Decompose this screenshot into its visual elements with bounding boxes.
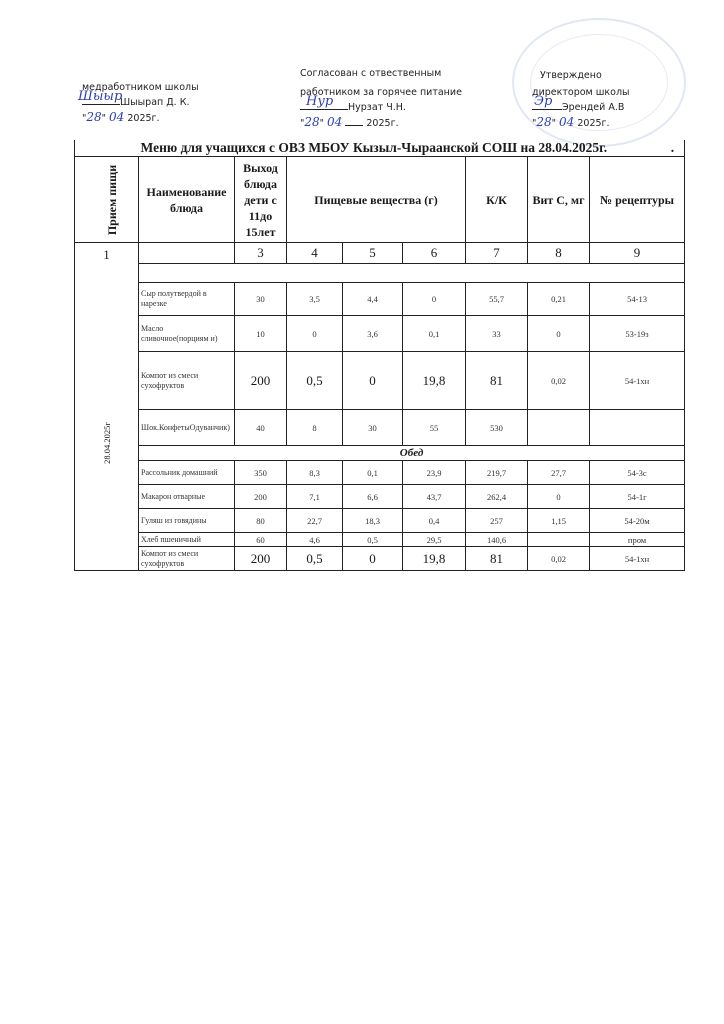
dish-fat: 0,1 <box>343 461 403 485</box>
dish-protein: 8 <box>287 410 343 446</box>
lunch-section-label: Обед <box>139 446 685 461</box>
dish-fat: 6,6 <box>343 485 403 509</box>
dish-name: Хлеб пшеничный <box>139 533 235 547</box>
dish-fat: 3,6 <box>343 316 403 352</box>
dish-carbs: 19,8 <box>403 352 466 410</box>
date-month: 04 <box>327 115 342 129</box>
dish-recipe <box>590 410 685 446</box>
dish-portion: 10 <box>235 316 287 352</box>
dish-recipe: 54-1хн <box>590 352 685 410</box>
dish-row: Компот из смеси сухофруктов2000,5019,881… <box>75 352 685 410</box>
dish-protein: 4,6 <box>287 533 343 547</box>
approval-medical: медработником школы Шыыр Шыырап Д. К. "2… <box>82 80 199 126</box>
dish-vit-c: 27,7 <box>528 461 590 485</box>
dish-portion: 80 <box>235 509 287 533</box>
date-year: 2025г. <box>127 113 159 124</box>
dish-recipe: 54-1г <box>590 485 685 509</box>
column-number: 7 <box>466 243 528 264</box>
dish-name: Рассольник домашний <box>139 461 235 485</box>
column-number: 4 <box>287 243 343 264</box>
header-dish-name: Наименование блюда <box>139 157 235 243</box>
header-vit-c: Вит С, мг <box>528 157 590 243</box>
date-day: 28 <box>304 115 319 129</box>
approval-food-service-name: Нурзат Ч.Н. <box>348 102 406 113</box>
dish-name: Шок.КонфетыОдуванчик) <box>139 410 235 446</box>
signature-underline <box>82 104 120 105</box>
dish-row: Макарон отварные2007,16,643,7262,4054-1г <box>75 485 685 509</box>
approval-director-signature-line: Эр Эрендей А.В <box>532 100 630 115</box>
document-title-text: Меню для учащихся с ОВЗ МБОУ Кызыл-Чыраа… <box>141 140 608 155</box>
approval-director-line1: Утверждено <box>540 68 630 83</box>
date-day: 28 <box>536 115 551 129</box>
approval-director: Утверждено директором школы Эр Эрендей А… <box>540 68 630 131</box>
dish-name: Компот из смеси сухофруктов <box>139 352 235 410</box>
dish-carbs: 29,5 <box>403 533 466 547</box>
dish-recipe: 54-20м <box>590 509 685 533</box>
column-number-row: 1 28.04.2025г 3 4 5 6 7 8 9 <box>75 243 685 264</box>
dish-fat: 0 <box>343 352 403 410</box>
dish-kcal: 262,4 <box>466 485 528 509</box>
dish-protein: 7,1 <box>287 485 343 509</box>
approval-medical-date: "28" 04 2025г. <box>82 110 199 126</box>
dish-name: Сыр полутвердой в нарезке <box>139 283 235 316</box>
dish-protein: 22,7 <box>287 509 343 533</box>
dish-carbs: 0,4 <box>403 509 466 533</box>
column-number: 6 <box>403 243 466 264</box>
dish-portion: 30 <box>235 283 287 316</box>
date-month: 04 <box>559 115 574 129</box>
dish-vit-c: 0,21 <box>528 283 590 316</box>
date-year: 2025г. <box>577 118 609 129</box>
dish-carbs: 43,7 <box>403 485 466 509</box>
breakfast-section-label <box>139 264 685 283</box>
dish-protein: 0,5 <box>287 352 343 410</box>
lunch-section-row: Обед <box>75 446 685 461</box>
dish-recipe: пром <box>590 533 685 547</box>
dish-kcal: 530 <box>466 410 528 446</box>
date-underline <box>345 125 363 126</box>
column-number: 9 <box>590 243 685 264</box>
dish-kcal: 219,7 <box>466 461 528 485</box>
dish-portion: 60 <box>235 533 287 547</box>
dish-vit-c: 0,02 <box>528 547 590 571</box>
dish-kcal: 257 <box>466 509 528 533</box>
dish-carbs: 0 <box>403 283 466 316</box>
dish-name: Макарон отварные <box>139 485 235 509</box>
approval-medical-name: Шыырап Д. К. <box>120 97 189 108</box>
meal-date-cell: 1 28.04.2025г <box>75 243 139 571</box>
header-portion: Выход блюда дети с 11до 15лет <box>235 157 287 243</box>
header-nutrients: Пищевые вещества (г) <box>287 157 466 243</box>
date-year: 2025г. <box>366 118 398 129</box>
dish-row: Хлеб пшеничный604,60,529,5140,6пром <box>75 533 685 547</box>
approval-food-service: Согласован с отвественным работником за … <box>300 66 462 131</box>
document-title-row: Меню для учащихся с ОВЗ МБОУ Кызыл-Чыраа… <box>75 140 685 157</box>
dish-portion: 40 <box>235 410 287 446</box>
dish-recipe: 54-13 <box>590 283 685 316</box>
header-kcal: К/К <box>466 157 528 243</box>
dish-kcal: 140,6 <box>466 533 528 547</box>
approval-director-date: "28" 04 2025г. <box>532 115 630 131</box>
column-number: 8 <box>528 243 590 264</box>
dish-vit-c <box>528 410 590 446</box>
dish-kcal: 55,7 <box>466 283 528 316</box>
document-title: Меню для учащихся с ОВЗ МБОУ Кызыл-Чыраа… <box>75 140 685 157</box>
column-number: 1 <box>75 247 138 263</box>
dish-row: Шок.КонфетыОдуванчик)4083055530 <box>75 410 685 446</box>
dish-protein: 3,5 <box>287 283 343 316</box>
approval-medical-signature-line: Шыыр Шыырап Д. К. <box>82 95 199 110</box>
dish-row: Компот из смеси сухофруктов2000,5019,881… <box>75 547 685 571</box>
approval-food-service-date: "28" 04 2025г. <box>300 115 462 131</box>
title-dot: . <box>671 140 674 156</box>
dish-fat: 0 <box>343 547 403 571</box>
dish-protein: 0 <box>287 316 343 352</box>
dish-protein: 8,3 <box>287 461 343 485</box>
column-number: 5 <box>343 243 403 264</box>
dish-portion: 200 <box>235 352 287 410</box>
dish-kcal: 81 <box>466 547 528 571</box>
header-meal-text: Прием пищи <box>104 164 120 234</box>
dish-carbs: 23,9 <box>403 461 466 485</box>
dish-row: Сыр полутвердой в нарезке303,54,4055,70,… <box>75 283 685 316</box>
dish-vit-c: 0 <box>528 485 590 509</box>
signature-mark: Эр <box>534 94 552 109</box>
dish-recipe: 53-19з <box>590 316 685 352</box>
dish-kcal: 33 <box>466 316 528 352</box>
table-header-row: Прием пищи Наименование блюда Выход блюд… <box>75 157 685 243</box>
dish-vit-c: 0,02 <box>528 352 590 410</box>
approval-director-name: Эрендей А.В <box>562 102 624 113</box>
dish-row: Гуляш из говядины8022,718,30,42571,1554-… <box>75 509 685 533</box>
dish-portion: 350 <box>235 461 287 485</box>
date-day: 28 <box>86 110 101 124</box>
dish-row: Масло сливочное(порциям и)1003,60,133053… <box>75 316 685 352</box>
dish-fat: 30 <box>343 410 403 446</box>
dish-carbs: 0,1 <box>403 316 466 352</box>
header-meal: Прием пищи <box>75 157 139 243</box>
dish-vit-c: 1,15 <box>528 509 590 533</box>
dish-fat: 0,5 <box>343 533 403 547</box>
dish-fat: 18,3 <box>343 509 403 533</box>
dish-recipe: 54-3с <box>590 461 685 485</box>
dish-vit-c: 0 <box>528 316 590 352</box>
header-recipe: № рецептуры <box>590 157 685 243</box>
approval-food-service-line1: Согласован с отвественным <box>300 66 462 81</box>
dish-portion: 200 <box>235 485 287 509</box>
breakfast-section-row <box>75 264 685 283</box>
dish-carbs: 19,8 <box>403 547 466 571</box>
signature-mark: Шыыр <box>78 89 122 104</box>
column-number-blank <box>139 243 235 264</box>
dish-carbs: 55 <box>403 410 466 446</box>
dish-kcal: 81 <box>466 352 528 410</box>
signature-mark: Нур <box>306 94 333 109</box>
approval-food-service-signature-line: Нур Нурзат Ч.Н. <box>300 100 462 115</box>
dish-name: Гуляш из говядины <box>139 509 235 533</box>
column-number: 3 <box>235 243 287 264</box>
signature-underline <box>532 109 562 110</box>
dish-vit-c <box>528 533 590 547</box>
dish-row: Рассольник домашний3508,30,123,9219,727,… <box>75 461 685 485</box>
meal-date: 28.04.2025г <box>102 422 112 464</box>
dish-name: Масло сливочное(порциям и) <box>139 316 235 352</box>
dish-protein: 0,5 <box>287 547 343 571</box>
signature-underline <box>300 109 348 110</box>
dish-recipe: 54-1хн <box>590 547 685 571</box>
dish-portion: 200 <box>235 547 287 571</box>
dish-name: Компот из смеси сухофруктов <box>139 547 235 571</box>
dish-fat: 4,4 <box>343 283 403 316</box>
date-month: 04 <box>109 110 124 124</box>
menu-table: Меню для учащихся с ОВЗ МБОУ Кызыл-Чыраа… <box>74 140 685 571</box>
